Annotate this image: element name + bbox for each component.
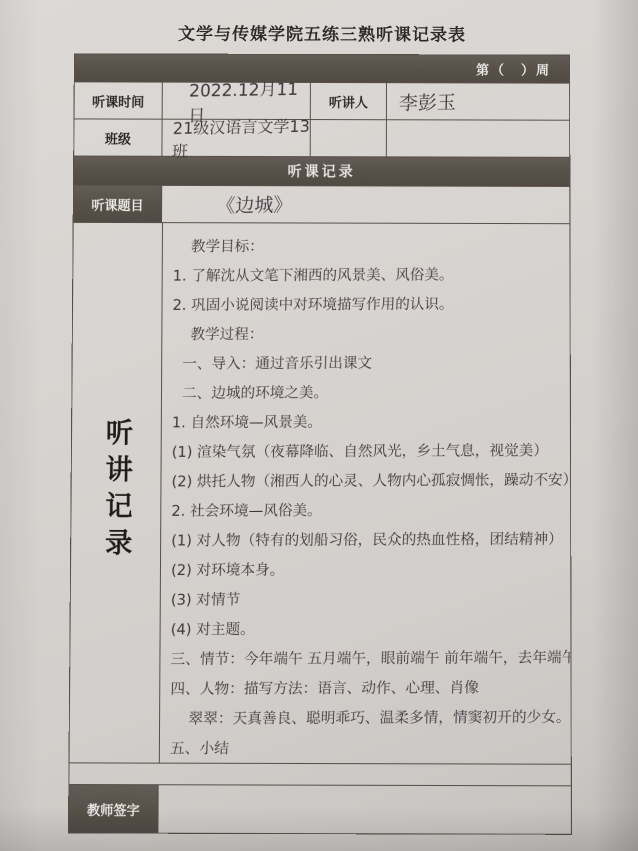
topic-label: 听课题目 bbox=[74, 186, 163, 222]
notes-line: 2. 社会环境—风俗美。 bbox=[171, 496, 567, 527]
notes-line: 1. 了解沈从文笔下湘西的风景美、风俗美。 bbox=[172, 261, 566, 292]
notes-line: 翠翠：天真善良、聪明乖巧、温柔多情，情窦初开的少女。 bbox=[170, 703, 567, 735]
notes-line: 教学过程： bbox=[172, 319, 566, 350]
class-value-cell: 21级汉语言文学13班 bbox=[162, 120, 310, 157]
record-band-row: 听课记录 bbox=[74, 157, 569, 187]
notes-line: 教学目标： bbox=[172, 232, 565, 263]
class-row-empty-cell-2 bbox=[387, 120, 569, 157]
notes-line: 五、小结 bbox=[170, 733, 567, 764]
week-cell: 第（ ）周 bbox=[75, 54, 569, 82]
class-label: 班级 bbox=[74, 119, 162, 155]
speaker-value-cell: 李彭玉 bbox=[387, 83, 569, 120]
week-band-row: 第（ ）周 bbox=[75, 54, 569, 83]
spacer-row bbox=[69, 763, 570, 786]
notes-line: (4) 对主题。 bbox=[170, 614, 567, 645]
time-label: 听课时间 bbox=[75, 82, 163, 118]
notes-line: 二、边城的环境之美。 bbox=[172, 378, 567, 409]
notes-line: 四、人物：描写方法：语言、动作、心理、肖像 bbox=[170, 674, 567, 706]
notes-line: (2) 烘托人物（湘西人的心灵、人物内心孤寂惆怅，躁动不安） bbox=[171, 466, 566, 497]
notes-line: 2. 巩固小说阅读中对环境描写作用的认识。 bbox=[172, 290, 566, 321]
class-value-handwriting: 21级汉语言文学13班 bbox=[162, 114, 311, 163]
notes-line: (2) 对环境本身。 bbox=[171, 555, 567, 586]
record-form-table: 第（ ）周 听课时间 2022.12月11日 听讲人 李彭玉 班级 21级汉语言… bbox=[68, 53, 572, 834]
class-row: 班级 21级汉语言文学13班 bbox=[74, 119, 569, 157]
topic-row: 听课题目 《边城》 bbox=[74, 186, 570, 225]
record-band: 听课记录 bbox=[74, 157, 569, 186]
signature-label: 教师签字 bbox=[69, 785, 159, 833]
signature-row: 教师签字 bbox=[69, 785, 571, 834]
spacer-cell bbox=[69, 763, 570, 785]
speaker-value-handwriting: 李彭玉 bbox=[386, 87, 456, 115]
notes-label-vertical: 听讲记录 bbox=[96, 418, 136, 565]
notes-label-cell: 听讲记录 bbox=[70, 223, 163, 763]
time-speaker-row: 听课时间 2022.12月11日 听讲人 李彭玉 bbox=[74, 82, 569, 120]
notes-line: (1) 渲染气氛（夜幕降临、自然风光，乡土气息，视觉美） bbox=[171, 437, 566, 468]
notes-line: 一、导入：通过音乐引出课文 bbox=[172, 349, 566, 380]
notes-row: 听讲记录 教学目标： 1. 了解沈从文笔下湘西的风景美、风俗美。 2. 巩固小说… bbox=[70, 223, 571, 765]
page-title: 文学与传媒学院五练三熟听课记录表 bbox=[76, 19, 568, 46]
speaker-label: 听讲人 bbox=[311, 83, 387, 119]
class-row-empty-cell-1 bbox=[311, 120, 387, 156]
notes-line: 1. 自然环境—风景美。 bbox=[171, 407, 566, 438]
topic-value-handwriting: 《边城》 bbox=[162, 190, 293, 219]
signature-value-cell bbox=[158, 785, 571, 834]
notes-line: 三、情节：今年端午 五月端午，眼前端午 前年端午，去年端午。 bbox=[170, 644, 567, 675]
notes-content-area: 教学目标： 1. 了解沈从文笔下湘西的风景美、风俗美。 2. 巩固小说阅读中对环… bbox=[160, 223, 571, 764]
notes-line: (3) 对情节 bbox=[170, 585, 566, 616]
topic-value-cell: 《边城》 bbox=[162, 186, 569, 223]
notes-line: (1) 对人物（特有的划船习俗，民众的热血性格，团结精神） bbox=[171, 525, 567, 556]
